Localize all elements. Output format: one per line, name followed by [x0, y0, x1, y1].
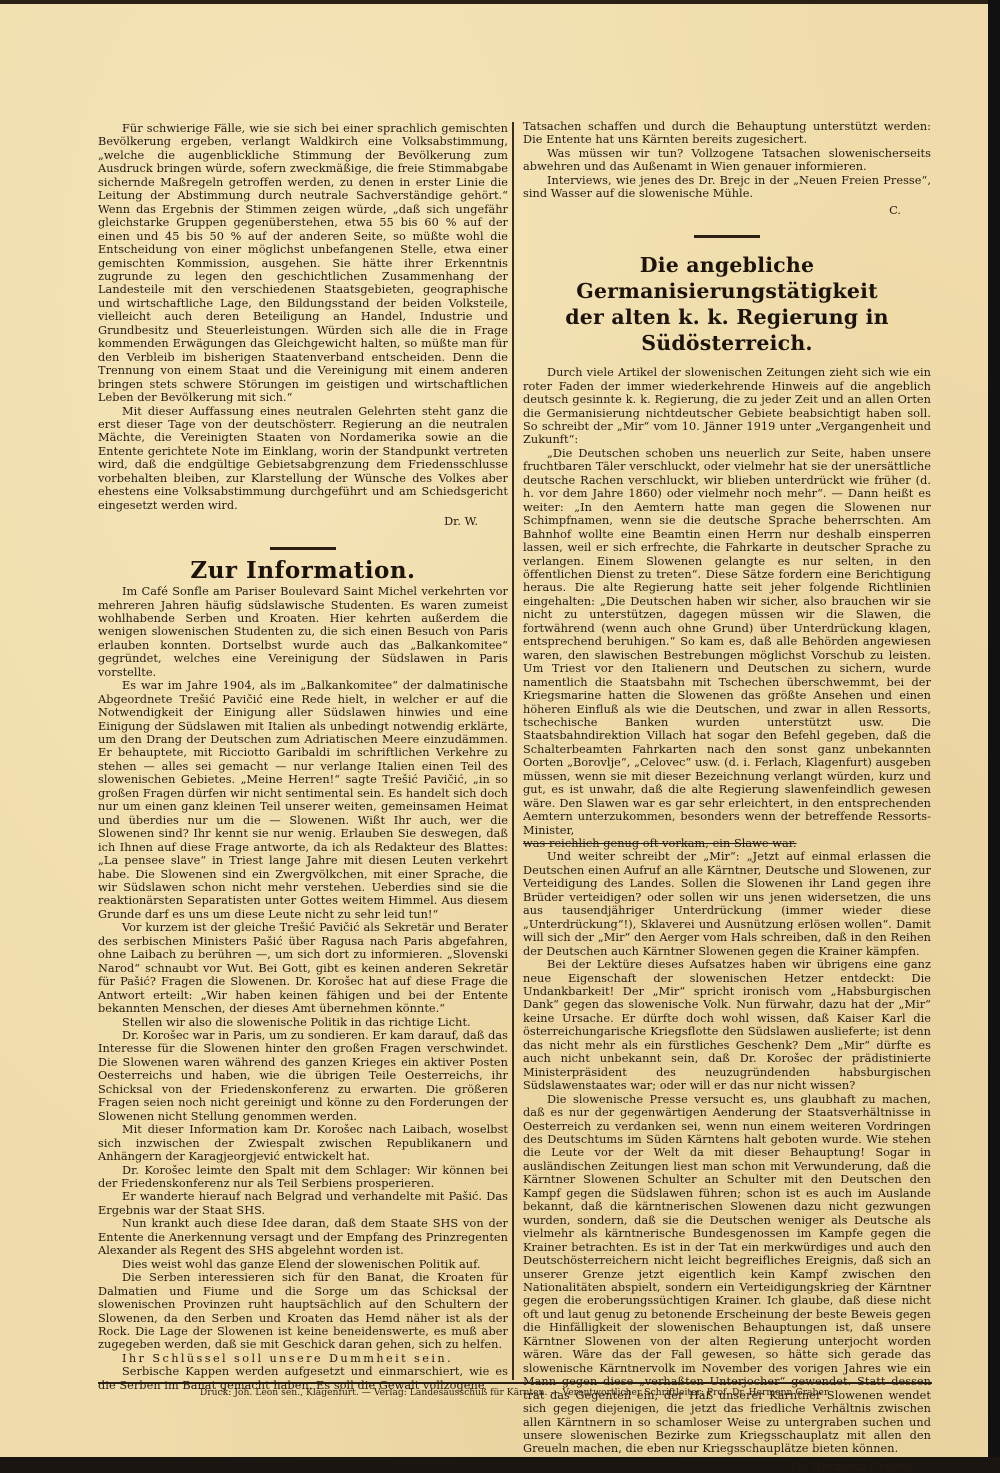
paragraph: Und weiter schreibt der „Mir“: „Jetzt au… [523, 850, 931, 958]
paragraph: Im Café Sonfle am Pariser Boulevard Sain… [98, 585, 508, 679]
article-germanisierung: Die angebliche Germanisierungstätigkeit … [523, 252, 931, 1457]
right-column: Tatsachen schaffen und durch die Behaupt… [523, 120, 931, 1457]
section-divider [694, 235, 760, 238]
struck-line: was reichlich genug oft vorkam, ein Slaw… [523, 837, 931, 850]
left-column: Für schwierige Fälle, wie sie sich bei e… [98, 122, 508, 1392]
article-title: Zur Information. [98, 564, 508, 577]
title-line-2: der alten k. k. Regierung in Südösterrei… [565, 305, 889, 355]
emphasized-paragraph: Ihr Schlüssel soll unsere Dummheit sein. [98, 1352, 508, 1365]
paragraph: Es war im Jahre 1904, als im „Balkankomi… [98, 679, 508, 921]
paragraph: Für schwierige Fälle, wie sie sich bei e… [98, 122, 508, 405]
paragraph: Die Serben interessieren sich für den Ba… [98, 1271, 508, 1352]
column-divider [512, 122, 514, 1380]
scan-right-edge [988, 0, 1000, 1457]
paragraph: Dr. Korošec war in Paris, um zu sondiere… [98, 1029, 508, 1123]
article-zur-information-continued: Tatsachen schaffen und durch die Behaupt… [523, 120, 931, 217]
paragraph: Dr. Korošec leimte den Spalt mit dem Sch… [98, 1164, 508, 1191]
section-divider [270, 547, 336, 550]
signature: C. [523, 204, 931, 217]
paragraph: Tatsachen schaffen und durch die Behaupt… [523, 120, 931, 147]
paragraph: Er wanderte hierauf nach Belgrad und ver… [98, 1190, 508, 1217]
paragraph: Durch viele Artikel der slowenischen Zei… [523, 366, 931, 447]
paragraph: Interviews, wie jenes des Dr. Brejc in d… [523, 174, 931, 201]
paragraph: Bei der Lektüre dieses Aufsatzes haben w… [523, 958, 931, 1093]
imprint-footer: Druck: Joh. Leon sen., Klagenfurt. — Ver… [98, 1387, 932, 1398]
title-line-1: Die angebliche Germanisierungstätigkeit [576, 253, 878, 303]
paragraph: Mit dieser Information kam Dr. Korošec n… [98, 1123, 508, 1163]
newspaper-page: Für schwierige Fälle, wie sie sich bei e… [0, 4, 988, 1457]
article-title: Die angebliche Germanisierungstätigkeit … [523, 252, 931, 356]
paragraph: Die slowenische Presse versucht es, uns … [523, 1093, 931, 1456]
article-volksabstimmung: Für schwierige Fälle, wie sie sich bei e… [98, 122, 508, 529]
paragraph: Vor kurzem ist der gleiche Trešić Paviči… [98, 921, 508, 1015]
paragraph: Was müssen wir tun? Vollzogene Tatsachen… [523, 147, 931, 174]
paragraph: Dies weist wohl das ganze Elend der slow… [98, 1258, 508, 1271]
footer-rule [98, 1382, 932, 1384]
signature: Dr. W. [98, 515, 508, 528]
paragraph: Nun krankt auch diese Idee daran, daß de… [98, 1217, 508, 1257]
article-zur-information: Zur Information. Im Café Sonfle am Paris… [98, 564, 508, 1393]
paragraph: Stellen wir also die slowenische Politik… [98, 1016, 508, 1029]
paragraph: „Die Deutschen schoben uns neuerlich zur… [523, 447, 931, 837]
paragraph: Mit dieser Auffassung eines neutralen Ge… [98, 405, 508, 513]
